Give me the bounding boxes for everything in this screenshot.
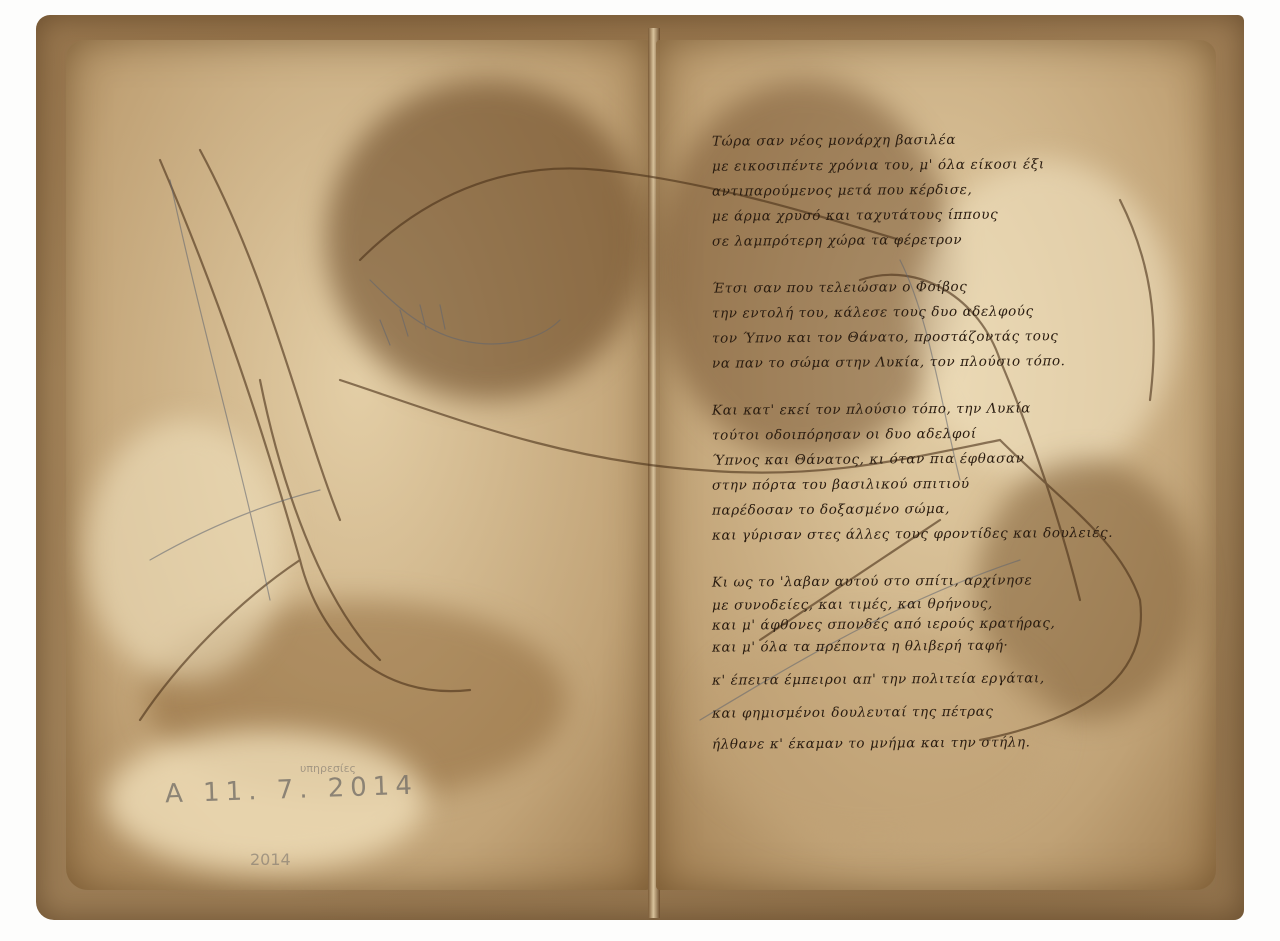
poem-line: Κι ως το 'λαβαν αυτού στο σπίτι, αρχίνησ… bbox=[712, 567, 1192, 595]
poem-line: αντιπαρούμενος μετά που κέρδισε, bbox=[712, 176, 1192, 204]
poem-line: με εικοσιπέντε χρόνια του, μ' όλα είκοσι… bbox=[712, 151, 1192, 179]
poem-stanza-2: Έτσι σαν που τελειώσαν ο Φοίβος την εντο… bbox=[712, 275, 1192, 375]
poem-line: και μ' όλα τα πρέποντα η θλιβερή ταφή· bbox=[712, 632, 1192, 660]
ink-wash bbox=[326, 80, 646, 400]
poem-line: στην πόρτα του βασιλικού σπιτιού bbox=[712, 470, 1192, 498]
poem-line: την εντολή του, κάλεσε τους δυο αδελφούς bbox=[712, 298, 1192, 326]
poem-line: με άρμα χρυσό και ταχυτάτους ίππους bbox=[712, 201, 1192, 229]
poem-line: Έτσι σαν που τελειώσαν ο Φοίβος bbox=[712, 273, 1192, 301]
left-page bbox=[66, 40, 650, 890]
poem-line: Τώρα σαν νέος μονάρχη βασιλέα bbox=[712, 126, 1192, 154]
pencil-note: 2014 bbox=[250, 850, 291, 869]
poem-line: παρέδοσαν το δοξασμένο σώμα, bbox=[712, 495, 1192, 523]
poem-line: κ' έπειτα έμπειροι απ' την πολιτεία εργά… bbox=[712, 665, 1192, 693]
poem-line: Και κατ' εκεί τον πλούσιο τόπο, την Λυκί… bbox=[712, 395, 1192, 423]
poem-stanza-3: Και κατ' εκεί τον πλούσιο τόπο, την Λυκί… bbox=[712, 397, 1192, 547]
poem-line: να παν το σώμα στην Λυκία, τον πλούσιο τ… bbox=[712, 348, 1192, 376]
poem-stanza-1: Τώρα σαν νέος μονάρχη βασιλέα με εικοσιπ… bbox=[712, 128, 1192, 253]
poem-stanza-4: Κι ως το 'λαβαν αυτού στο σπίτι, αρχίνησ… bbox=[712, 569, 1192, 756]
poem-line: και φημισμένοι δουλευταί της πέτρας bbox=[712, 698, 1192, 726]
poem-line: τον Ύπνο και τον Θάνατο, προστάζοντάς το… bbox=[712, 323, 1192, 351]
artwork-canvas: υπηρεσίες Α 11. 7. 2014 2014 Τώρα σαν νέ… bbox=[0, 0, 1280, 941]
poem-line: ήλθανε κ' έκαμαν το μνήμα και την στήλη. bbox=[712, 729, 1192, 757]
poem-line: και γύρισαν στες άλλες τους φροντίδες κα… bbox=[712, 520, 1192, 548]
poem-line: Ύπνος και Θάνατος, κι όταν πια έφθασαν bbox=[712, 445, 1192, 473]
poem-line: τούτοι οδοιπόρησαν οι δυο αδελφοί bbox=[712, 420, 1192, 448]
ink-wash bbox=[86, 420, 286, 680]
poem-line: σε λαμπρότερη χώρα τα φέρετρον bbox=[712, 226, 1192, 254]
handwritten-poem: Τώρα σαν νέος μονάρχη βασιλέα με εικοσιπ… bbox=[712, 128, 1192, 778]
